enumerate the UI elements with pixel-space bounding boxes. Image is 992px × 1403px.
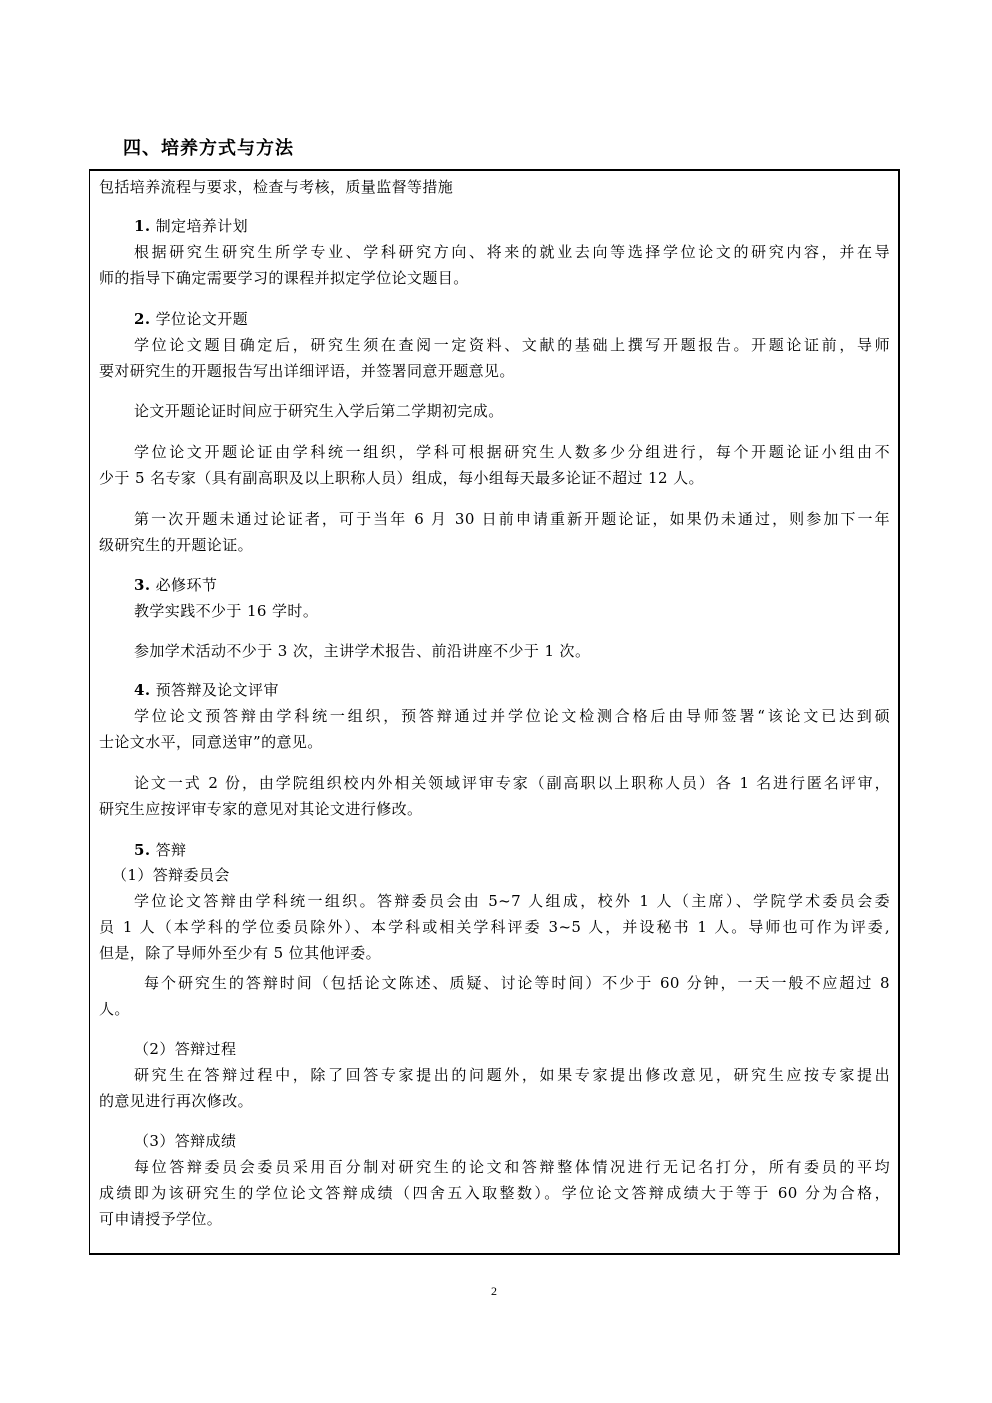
paragraph: 第一次开题未通过论证者，可于当年 6 月 30 日前申请重新开题论证，如果仍未通… [134,509,890,529]
paragraph: 要对研究生的开题报告写出详细评语，并签署同意开题意见。 [99,361,890,381]
paragraph: 师的指导下确定需要学习的课程并拟定学位论文题目。 [99,268,890,288]
paragraph: 但是，除了导师外至少有 5 位其他评委。 [99,943,890,963]
paragraph: 根据研究生研究生所学专业、学科研究方向、将来的就业去向等选择学位论文的研究内容，… [134,242,890,262]
paragraph: 论文开题论证时间应于研究生入学后第二学期初完成。 [134,401,890,421]
paragraph: 员 1 人（本学科的学位委员除外）、本学科或相关学科评委 3~5 人，并设秘书 … [99,917,890,937]
paragraph: 参加学术活动不少于 3 次，主讲学术报告、前沿讲座不少于 1 次。 [134,641,890,661]
heading-1-title: 制定培养计划 [156,217,248,235]
paragraph: 论文一式 2 份，由学院组织校内外相关领域评审专家（副高职以上职称人员）各 1 … [134,773,890,793]
heading-5-title: 答辩 [156,841,187,859]
heading-5: 5. 答辩 [134,840,890,860]
heading-3: 3. 必修环节 [134,575,890,595]
paragraph: 每个研究生的答辩时间（包括论文陈述、质疑、讨论等时间）不少于 60 分钟，一天一… [144,973,890,993]
content-box: 包括培养流程与要求，检查与考核，质量监督等措施 1. 制定培养计划 根据研究生研… [89,169,900,1255]
heading-4-title: 预答辩及论文评审 [156,681,279,699]
heading-3-title: 必修环节 [156,576,218,594]
paragraph: 学位论文题目确定后，研究生须在查阅一定资料、文献的基础上撰写开题报告。开题论证前… [134,335,890,355]
paragraph: 级研究生的开题论证。 [99,535,890,555]
paragraph: 可申请授予学位。 [99,1209,890,1229]
intro-text: 包括培养流程与要求，检查与考核，质量监督等措施 [99,177,890,197]
paragraph: 士论文水平，同意送审”的意见。 [99,732,890,752]
paragraph: 人。 [99,999,890,1019]
subheading-1: （1）答辩委员会 [112,865,890,885]
heading-2-title: 学位论文开题 [156,310,248,328]
heading-1: 1. 制定培养计划 [134,216,890,236]
paragraph: 学位论文答辩由学科统一组织。答辩委员会由 5~7 人组成，校外 1 人（主席）、… [134,891,890,911]
subheading-2: （2）答辩过程 [134,1039,890,1059]
heading-5-number: 5. [134,841,150,859]
paragraph: 学位论文预答辩由学科统一组织，预答辩通过并学位论文检测合格后由导师签署“该论文已… [134,706,890,726]
paragraph: 少于 5 名专家（具有副高职及以上职称人员）组成，每小组每天最多论证不超过 12… [99,468,890,488]
heading-1-number: 1. [134,217,150,235]
heading-2-number: 2. [134,310,150,328]
paragraph: 成绩即为该研究生的学位论文答辩成绩（四舍五入取整数）。学位论文答辩成绩大于等于 … [99,1183,890,1203]
paragraph: 教学实践不少于 16 学时。 [134,601,890,621]
paragraph: 学位论文开题论证由学科统一组织，学科可根据研究生人数多少分组进行，每个开题论证小… [134,442,890,462]
paragraph: 研究生应按评审专家的意见对其论文进行修改。 [99,799,890,819]
paragraph: 研究生在答辩过程中，除了回答专家提出的问题外，如果专家提出修改意见，研究生应按专… [134,1065,890,1085]
heading-2: 2. 学位论文开题 [134,309,890,329]
paragraph: 每位答辩委员会委员采用百分制对研究生的论文和答辩整体情况进行无记名打分，所有委员… [134,1157,890,1177]
heading-4-number: 4. [134,681,150,699]
subheading-3: （3）答辩成绩 [134,1131,890,1151]
paragraph: 的意见进行再次修改。 [99,1091,890,1111]
section-title: 四、培养方式与方法 [123,134,294,160]
page-number: 2 [491,1284,497,1299]
heading-4: 4. 预答辩及论文评审 [134,680,890,700]
heading-3-number: 3. [134,576,150,594]
